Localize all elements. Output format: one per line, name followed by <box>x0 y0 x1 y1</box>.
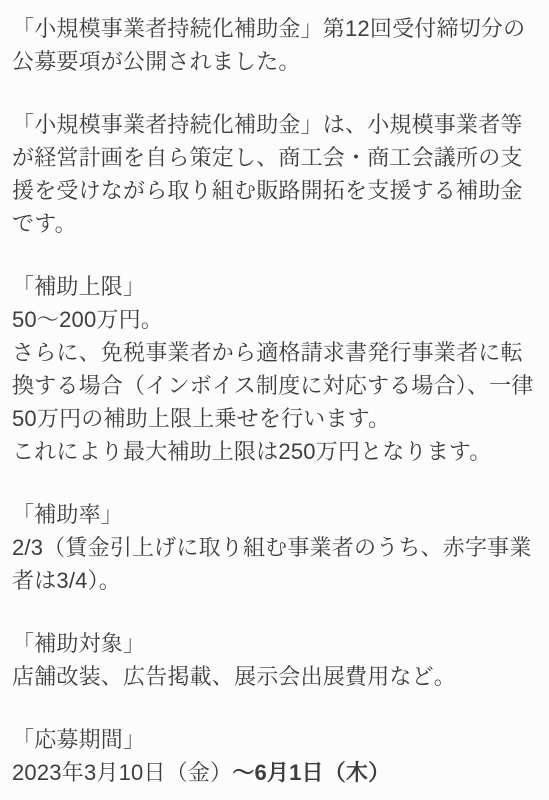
body-text: 店舗改装、広告掲載、展示会出展費用など。 <box>12 660 539 693</box>
text-segment: 「補助上限」 <box>12 274 145 299</box>
text-segment: 店舗改装、広告掲載、展示会出展費用など。 <box>12 664 456 689</box>
text-segment: 「応募期間」 <box>12 727 145 752</box>
text-segment: 「小規模事業者持続化補助金」第12回受付締切分の公募要項が公開されました。 <box>12 16 525 74</box>
paragraph-application-period-section: 「応募期間」2023年3月10日（金）〜6月1日（木） <box>12 723 539 789</box>
bold-text-segment: 〜6月1日（木） <box>232 760 390 785</box>
text-segment: 「小規模事業者持続化補助金」は、小規模事業者等が経営計画を自ら策定し、商工会・商… <box>12 112 523 236</box>
paragraph-subsidy-target-section: 「補助対象」店舗改装、広告掲載、展示会出展費用など。 <box>12 627 539 693</box>
paragraph-program-description: 「小規模事業者持続化補助金」は、小規模事業者等が経営計画を自ら策定し、商工会・商… <box>12 108 539 240</box>
body-text: さらに、免税事業者から適格請求書発行事業者に転換する場合（インボイス制度に対応す… <box>12 336 539 435</box>
text-segment: 2023年3月10日（金） <box>12 760 232 785</box>
section-heading: 「補助率」 <box>12 498 539 531</box>
text-segment: 50〜200万円。 <box>12 307 163 332</box>
paragraph-subsidy-rate-section: 「補助率」2/3（賃金引上げに取り組む事業者のうち、赤字事業者は3/4）。 <box>12 498 539 597</box>
section-heading: 「補助上限」 <box>12 270 539 303</box>
text-segment: 「補助率」 <box>12 502 123 527</box>
text-segment: これにより最大補助上限は250万円となります。 <box>12 439 492 464</box>
paragraph-announcement-headline: 「小規模事業者持続化補助金」第12回受付締切分の公募要項が公開されました。 <box>12 12 539 78</box>
paragraph-subsidy-limit-section: 「補助上限」50〜200万円。さらに、免税事業者から適格請求書発行事業者に転換す… <box>12 270 539 468</box>
body-text: これにより最大補助上限は250万円となります。 <box>12 435 539 468</box>
section-heading: 「応募期間」 <box>12 723 539 756</box>
body-text: 2/3（賃金引上げに取り組む事業者のうち、赤字事業者は3/4）。 <box>12 531 539 597</box>
document-body: 「小規模事業者持続化補助金」第12回受付締切分の公募要項が公開されました。「小規… <box>0 0 549 800</box>
text-segment: 2/3（賃金引上げに取り組む事業者のうち、赤字事業者は3/4）。 <box>12 535 532 593</box>
body-text: 50〜200万円。 <box>12 303 539 336</box>
text-segment: さらに、免税事業者から適格請求書発行事業者に転換する場合（インボイス制度に対応す… <box>12 340 534 431</box>
body-text: 「小規模事業者持続化補助金」第12回受付締切分の公募要項が公開されました。 <box>12 12 539 78</box>
text-segment: 「補助対象」 <box>12 631 145 656</box>
application-period-dates: 2023年3月10日（金）〜6月1日（木） <box>12 756 539 789</box>
body-text: 「小規模事業者持続化補助金」は、小規模事業者等が経営計画を自ら策定し、商工会・商… <box>12 108 539 240</box>
section-heading: 「補助対象」 <box>12 627 539 660</box>
